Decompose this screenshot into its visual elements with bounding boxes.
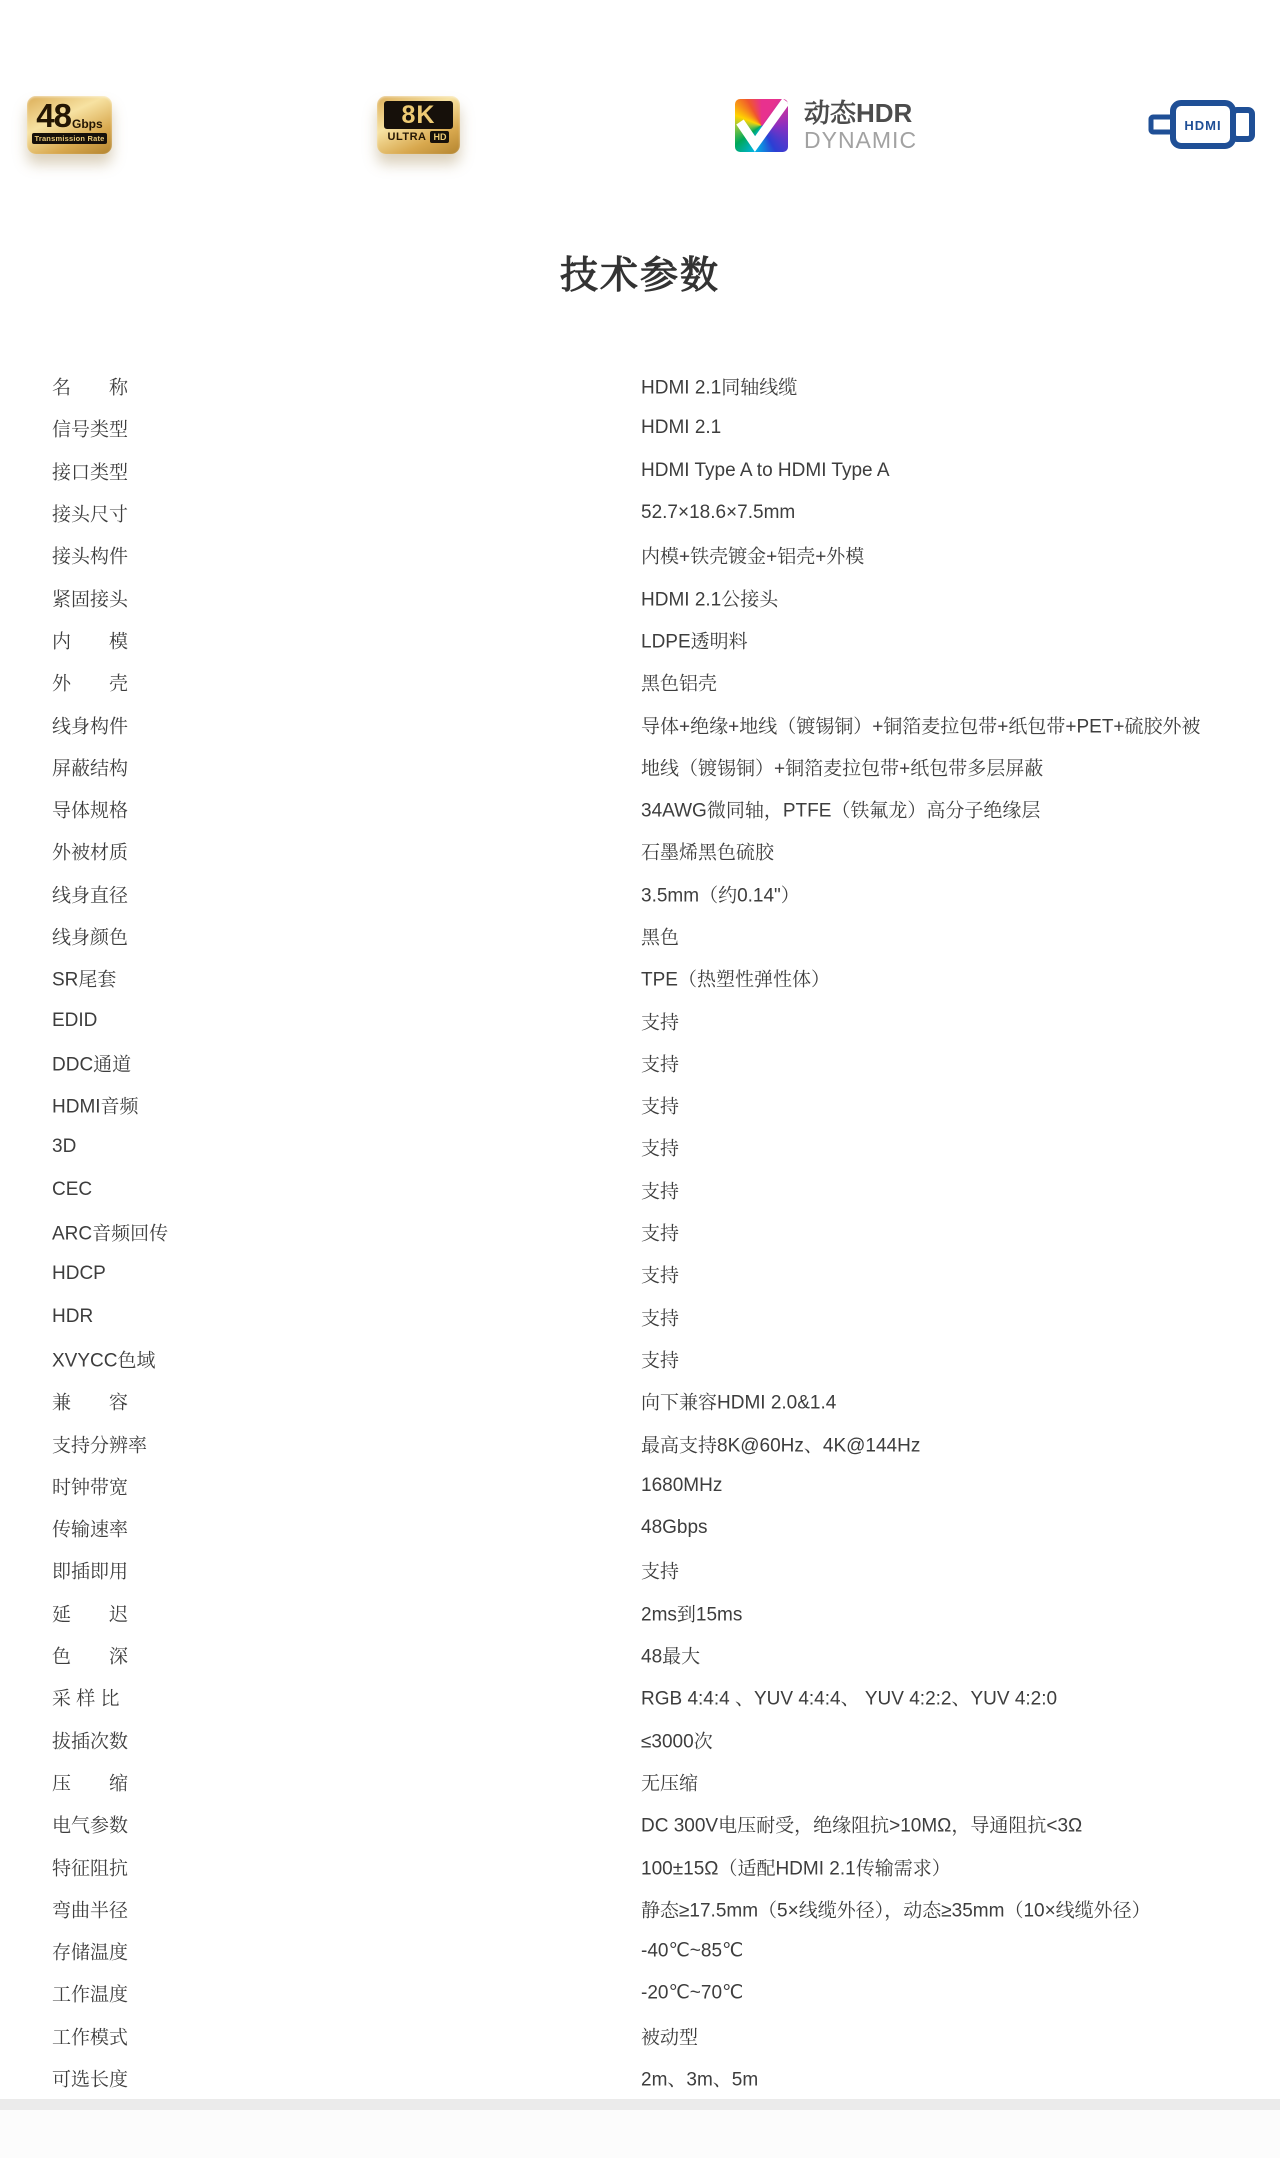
spec-value: 34AWG微同轴，PTFE（铁氟龙）高分子绝缘层 bbox=[641, 796, 1040, 823]
hdmi-connector-svg: HDMI bbox=[1146, 97, 1260, 153]
spec-table-row: 采 样 比 RGB 4:4:4 、YUV 4:4:4、 YUV 4:2:2、YU… bbox=[0, 1676, 1280, 1718]
spec-value: 支持 bbox=[641, 1092, 679, 1119]
badge-48gbps: 48 Gbps Transmission Rate bbox=[27, 96, 112, 154]
spec-value: 支持 bbox=[641, 1557, 679, 1584]
spec-table-row: 支持分辨率 最高支持8K@60Hz、4K@144Hz bbox=[0, 1422, 1280, 1464]
spec-label: 外被材质 bbox=[52, 838, 128, 865]
spec-value: 最高支持8K@60Hz、4K@144Hz bbox=[641, 1430, 920, 1457]
spec-value: 石墨烯黑色硫胶 bbox=[641, 838, 774, 865]
spec-label: 兼 容 bbox=[52, 1388, 128, 1415]
spec-table-row: 色 深 48最大 bbox=[0, 1634, 1280, 1676]
spec-value: 无压缩 bbox=[641, 1768, 698, 1795]
spec-table-row: 存储温度 -40℃~85℃ bbox=[0, 1930, 1280, 1972]
section-title: 技术参数 bbox=[0, 244, 1280, 299]
bottom-spacer bbox=[0, 2110, 1280, 2158]
spec-table-row: 延 迟 2ms到15ms bbox=[0, 1592, 1280, 1634]
spec-label: CEC bbox=[52, 1179, 92, 1201]
spec-table-row: XVYCC色域 支持 bbox=[0, 1338, 1280, 1380]
dynamic-hdr-en-label: DYNAMIC bbox=[804, 127, 917, 154]
spec-value: 支持 bbox=[641, 1176, 679, 1203]
spec-label: 屏蔽结构 bbox=[52, 753, 128, 780]
badge-8k-text: 8K bbox=[384, 101, 453, 129]
spec-value: -20℃~70℃ bbox=[641, 1982, 743, 2005]
spec-value: ≤3000次 bbox=[641, 1726, 713, 1753]
spec-table-row: 线身颜色 黑色 bbox=[0, 915, 1280, 957]
spec-table-row: 即插即用 支持 bbox=[0, 1549, 1280, 1591]
spec-label: 电气参数 bbox=[52, 1811, 128, 1838]
spec-table-row: ARC音频回传 支持 bbox=[0, 1211, 1280, 1253]
spec-label: 紧固接头 bbox=[52, 584, 128, 611]
spec-label: HDR bbox=[52, 1306, 93, 1328]
spec-label: HDMI音频 bbox=[52, 1092, 139, 1119]
spec-table-row: 弯曲半径 静态≥17.5mm（5×线缆外径），动态≥35mm（10×线缆外径） bbox=[0, 1888, 1280, 1930]
spec-label: 接口类型 bbox=[52, 457, 128, 484]
spec-table-row: 特征阻抗 100±15Ω（适配HDMI 2.1传输需求） bbox=[0, 1845, 1280, 1887]
spec-value: DC 300V电压耐受，绝缘阻抗>10MΩ，导通阻抗<3Ω bbox=[641, 1811, 1082, 1838]
spec-table-row: 电气参数 DC 300V电压耐受，绝缘阻抗>10MΩ，导通阻抗<3Ω bbox=[0, 1803, 1280, 1845]
spec-table-row: 外被材质 石墨烯黑色硫胶 bbox=[0, 830, 1280, 872]
spec-value: RGB 4:4:4 、YUV 4:4:4、 YUV 4:2:2、YUV 4:2:… bbox=[641, 1684, 1057, 1711]
spec-table-row: 线身直径 3.5mm（约0.14"） bbox=[0, 873, 1280, 915]
spec-value: 48最大 bbox=[641, 1642, 700, 1669]
spec-table: 名 称 HDMI 2.1同轴线缆 信号类型 HDMI 2.1 接口类型 HDMI… bbox=[0, 365, 1280, 2099]
spec-value: 3.5mm（约0.14"） bbox=[641, 880, 800, 907]
spec-value: HDMI 2.1公接头 bbox=[641, 584, 778, 611]
hdr-checkmark-icon bbox=[735, 99, 788, 152]
spec-label: EDID bbox=[52, 1010, 97, 1032]
spec-table-row: 紧固接头 HDMI 2.1公接头 bbox=[0, 576, 1280, 618]
spec-value: 100±15Ω（适配HDMI 2.1传输需求） bbox=[641, 1853, 951, 1880]
spec-label: SR尾套 bbox=[52, 965, 116, 992]
hdmi-connector-icon: HDMI bbox=[1146, 97, 1260, 153]
spec-value: 地线（镀锡铜）+铜箔麦拉包带+纸包带多层屏蔽 bbox=[641, 753, 1043, 780]
dynamic-hdr-icon bbox=[735, 99, 788, 152]
spec-table-row: CEC 支持 bbox=[0, 1169, 1280, 1211]
spec-table-row: 拔插次数 ≤3000次 bbox=[0, 1719, 1280, 1761]
spec-label: XVYCC色域 bbox=[52, 1345, 155, 1372]
spec-table-row: 可选长度 2m、3m、5m bbox=[0, 2057, 1280, 2099]
spec-value: TPE（热塑性弹性体） bbox=[641, 965, 830, 992]
spec-label: 传输速率 bbox=[52, 1515, 128, 1542]
spec-label: 弯曲半径 bbox=[52, 1895, 128, 1922]
spec-value: 支持 bbox=[641, 1345, 679, 1372]
spec-table-row: 3D 支持 bbox=[0, 1126, 1280, 1168]
spec-value: 48Gbps bbox=[641, 1517, 708, 1539]
spec-value: 支持 bbox=[641, 1261, 679, 1288]
spec-label: 线身颜色 bbox=[52, 923, 128, 950]
spec-value: LDPE透明料 bbox=[641, 626, 748, 653]
spec-label: 即插即用 bbox=[52, 1557, 128, 1584]
spec-table-row: 传输速率 48Gbps bbox=[0, 1507, 1280, 1549]
hdmi-icon-label: HDMI bbox=[1184, 118, 1221, 133]
spec-value: HDMI 2.1同轴线缆 bbox=[641, 373, 797, 400]
badge-48gbps-unit: Gbps bbox=[72, 117, 103, 131]
spec-table-row: HDMI音频 支持 bbox=[0, 1084, 1280, 1126]
spec-table-row: 信号类型 HDMI 2.1 bbox=[0, 407, 1280, 449]
spec-table-row: 屏蔽结构 地线（镀锡铜）+铜箔麦拉包带+纸包带多层屏蔽 bbox=[0, 746, 1280, 788]
spec-label: DDC通道 bbox=[52, 1049, 131, 1076]
spec-label: 接头尺寸 bbox=[52, 500, 128, 527]
spec-value: 被动型 bbox=[641, 2022, 698, 2049]
spec-label: 导体规格 bbox=[52, 796, 128, 823]
spec-label: 存储温度 bbox=[52, 1938, 128, 1965]
spec-label: 3D bbox=[52, 1136, 76, 1158]
spec-value: 支持 bbox=[641, 1303, 679, 1330]
spec-label: 色 深 bbox=[52, 1642, 128, 1669]
badge-8k-bottom: ULTRA HD bbox=[377, 131, 460, 143]
spec-label: 可选长度 bbox=[52, 2065, 128, 2092]
spec-table-row: EDID 支持 bbox=[0, 999, 1280, 1041]
spec-value: 2m、3m、5m bbox=[641, 2065, 758, 2092]
badge-48gbps-number: 48 bbox=[36, 101, 71, 131]
spec-value: 52.7×18.6×7.5mm bbox=[641, 502, 795, 524]
spec-label: 工作温度 bbox=[52, 1980, 128, 2007]
spec-value: HDMI Type A to HDMI Type A bbox=[641, 460, 890, 482]
spec-label: 外 壳 bbox=[52, 669, 128, 696]
spec-value: 1680MHz bbox=[641, 1475, 722, 1497]
spec-table-row: 外 壳 黑色铝壳 bbox=[0, 661, 1280, 703]
spec-value: 黑色 bbox=[641, 923, 679, 950]
badge-8k-hd-label: HD bbox=[430, 131, 449, 143]
spec-label: ARC音频回传 bbox=[52, 1219, 168, 1246]
badge-48gbps-strip: Transmission Rate bbox=[32, 133, 107, 144]
spec-label: 采 样 比 bbox=[52, 1684, 120, 1711]
spec-value: 支持 bbox=[641, 1049, 679, 1076]
spec-label: 特征阻抗 bbox=[52, 1853, 128, 1880]
spec-table-row: DDC通道 支持 bbox=[0, 1042, 1280, 1084]
spec-table-row: 线身构件 导体+绝缘+地线（镀锡铜）+铜箔麦拉包带+纸包带+PET+硫胶外被 bbox=[0, 703, 1280, 745]
spec-label: HDCP bbox=[52, 1263, 106, 1285]
spec-label: 拔插次数 bbox=[52, 1726, 128, 1753]
spec-value: 向下兼容HDMI 2.0&1.4 bbox=[641, 1388, 836, 1415]
section-divider bbox=[0, 2099, 1280, 2110]
spec-table-row: 工作温度 -20℃~70℃ bbox=[0, 1972, 1280, 2014]
spec-value: 静态≥17.5mm（5×线缆外径），动态≥35mm（10×线缆外径） bbox=[641, 1895, 1151, 1922]
spec-label: 支持分辨率 bbox=[52, 1430, 147, 1457]
spec-table-row: 时钟带宽 1680MHz bbox=[0, 1465, 1280, 1507]
spec-table-row: 接口类型 HDMI Type A to HDMI Type A bbox=[0, 450, 1280, 492]
feature-badges-row: 48 Gbps Transmission Rate 8K ULTRA HD 动态… bbox=[0, 0, 1280, 220]
spec-value: 支持 bbox=[641, 1007, 679, 1034]
spec-label: 线身构件 bbox=[52, 711, 128, 738]
spec-table-row: HDCP 支持 bbox=[0, 1253, 1280, 1295]
dynamic-hdr-text: 动态HDR DYNAMIC bbox=[804, 99, 917, 154]
spec-value: 黑色铝壳 bbox=[641, 669, 717, 696]
badge-8k-ultra-label: ULTRA bbox=[388, 131, 427, 143]
spec-table-row: 接头构件 内模+铁壳镀金+铝壳+外模 bbox=[0, 534, 1280, 576]
spec-table-row: 名 称 HDMI 2.1同轴线缆 bbox=[0, 365, 1280, 407]
badge-dynamic-hdr: 动态HDR DYNAMIC bbox=[735, 99, 917, 154]
spec-label: 工作模式 bbox=[52, 2022, 128, 2049]
spec-value: 支持 bbox=[641, 1134, 679, 1161]
spec-value: 内模+铁壳镀金+铝壳+外模 bbox=[641, 542, 864, 569]
spec-value: -40℃~85℃ bbox=[641, 1940, 743, 1963]
spec-table-row: 内 模 LDPE透明料 bbox=[0, 619, 1280, 661]
spec-label: 线身直径 bbox=[52, 880, 128, 907]
spec-table-row: 导体规格 34AWG微同轴，PTFE（铁氟龙）高分子绝缘层 bbox=[0, 788, 1280, 830]
spec-label: 信号类型 bbox=[52, 415, 128, 442]
spec-value: 支持 bbox=[641, 1219, 679, 1246]
spec-label: 延 迟 bbox=[52, 1599, 128, 1626]
spec-table-row: 接头尺寸 52.7×18.6×7.5mm bbox=[0, 492, 1280, 534]
spec-label: 时钟带宽 bbox=[52, 1472, 128, 1499]
spec-label: 名 称 bbox=[52, 373, 128, 400]
spec-table-row: 兼 容 向下兼容HDMI 2.0&1.4 bbox=[0, 1380, 1280, 1422]
spec-value: 导体+绝缘+地线（镀锡铜）+铜箔麦拉包带+纸包带+PET+硫胶外被 bbox=[641, 711, 1201, 738]
spec-label: 内 模 bbox=[52, 626, 128, 653]
product-spec-page: 48 Gbps Transmission Rate 8K ULTRA HD 动态… bbox=[0, 0, 1280, 2158]
spec-table-row: SR尾套 TPE（热塑性弹性体） bbox=[0, 957, 1280, 999]
spec-table-row: 工作模式 被动型 bbox=[0, 2015, 1280, 2057]
spec-label: 压 缩 bbox=[52, 1768, 128, 1795]
spec-value: 2ms到15ms bbox=[641, 1599, 742, 1626]
badge-48gbps-top: 48 Gbps bbox=[27, 99, 112, 131]
spec-value: HDMI 2.1 bbox=[641, 417, 721, 439]
spec-table-row: 压 缩 无压缩 bbox=[0, 1761, 1280, 1803]
spec-label: 接头构件 bbox=[52, 542, 128, 569]
dynamic-hdr-cn-label: 动态HDR bbox=[804, 99, 917, 127]
spec-table-row: HDR 支持 bbox=[0, 1296, 1280, 1338]
badge-8k-ultra-hd: 8K ULTRA HD bbox=[377, 96, 460, 154]
